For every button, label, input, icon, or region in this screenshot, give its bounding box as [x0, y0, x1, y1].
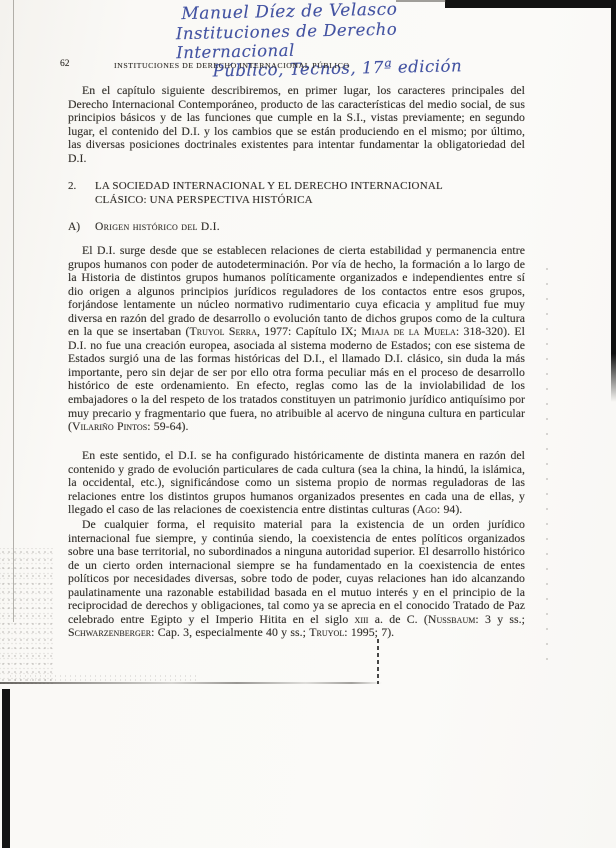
scan-artifact-bottom-left-black-bar	[2, 689, 10, 848]
subsection-label: A)	[68, 221, 80, 233]
paragraph-origin-historic: El D.I. surge desde que se establecen re…	[68, 244, 525, 434]
page-number: 62	[60, 59, 70, 69]
section-title: LA SOCIEDAD INTERNACIONAL Y EL DERECHO I…	[95, 180, 470, 207]
scan-artifact-page-bottom-edge	[0, 682, 382, 684]
scan-artifact-corner-line	[377, 639, 379, 684]
scan-artifact-left-fold-line	[13, 0, 14, 622]
paragraph-intro: En el capítulo siguiente describiremos, …	[68, 84, 525, 165]
scan-artifact-right-dotted-edge	[546, 268, 548, 660]
running-title: INSTITUCIONES DE DERECHO INTERNACIONAL P…	[114, 61, 350, 70]
scan-artifact-right-black-strip	[611, 0, 616, 402]
scan-artifact-speckle-trail	[8, 674, 198, 682]
paragraph-cultures: En este sentido, el D.I. se ha configura…	[68, 449, 525, 517]
section-number: 2.	[68, 180, 76, 192]
scan-artifact-toner-speckle	[0, 548, 54, 684]
paragraph-coexistence: De cualquier forma, el requisito materia…	[68, 518, 525, 640]
subsection-title: Origen histórico del D.I.	[95, 221, 220, 233]
scanned-page: Manuel Díez de Velasco Instituciones de …	[0, 0, 616, 848]
